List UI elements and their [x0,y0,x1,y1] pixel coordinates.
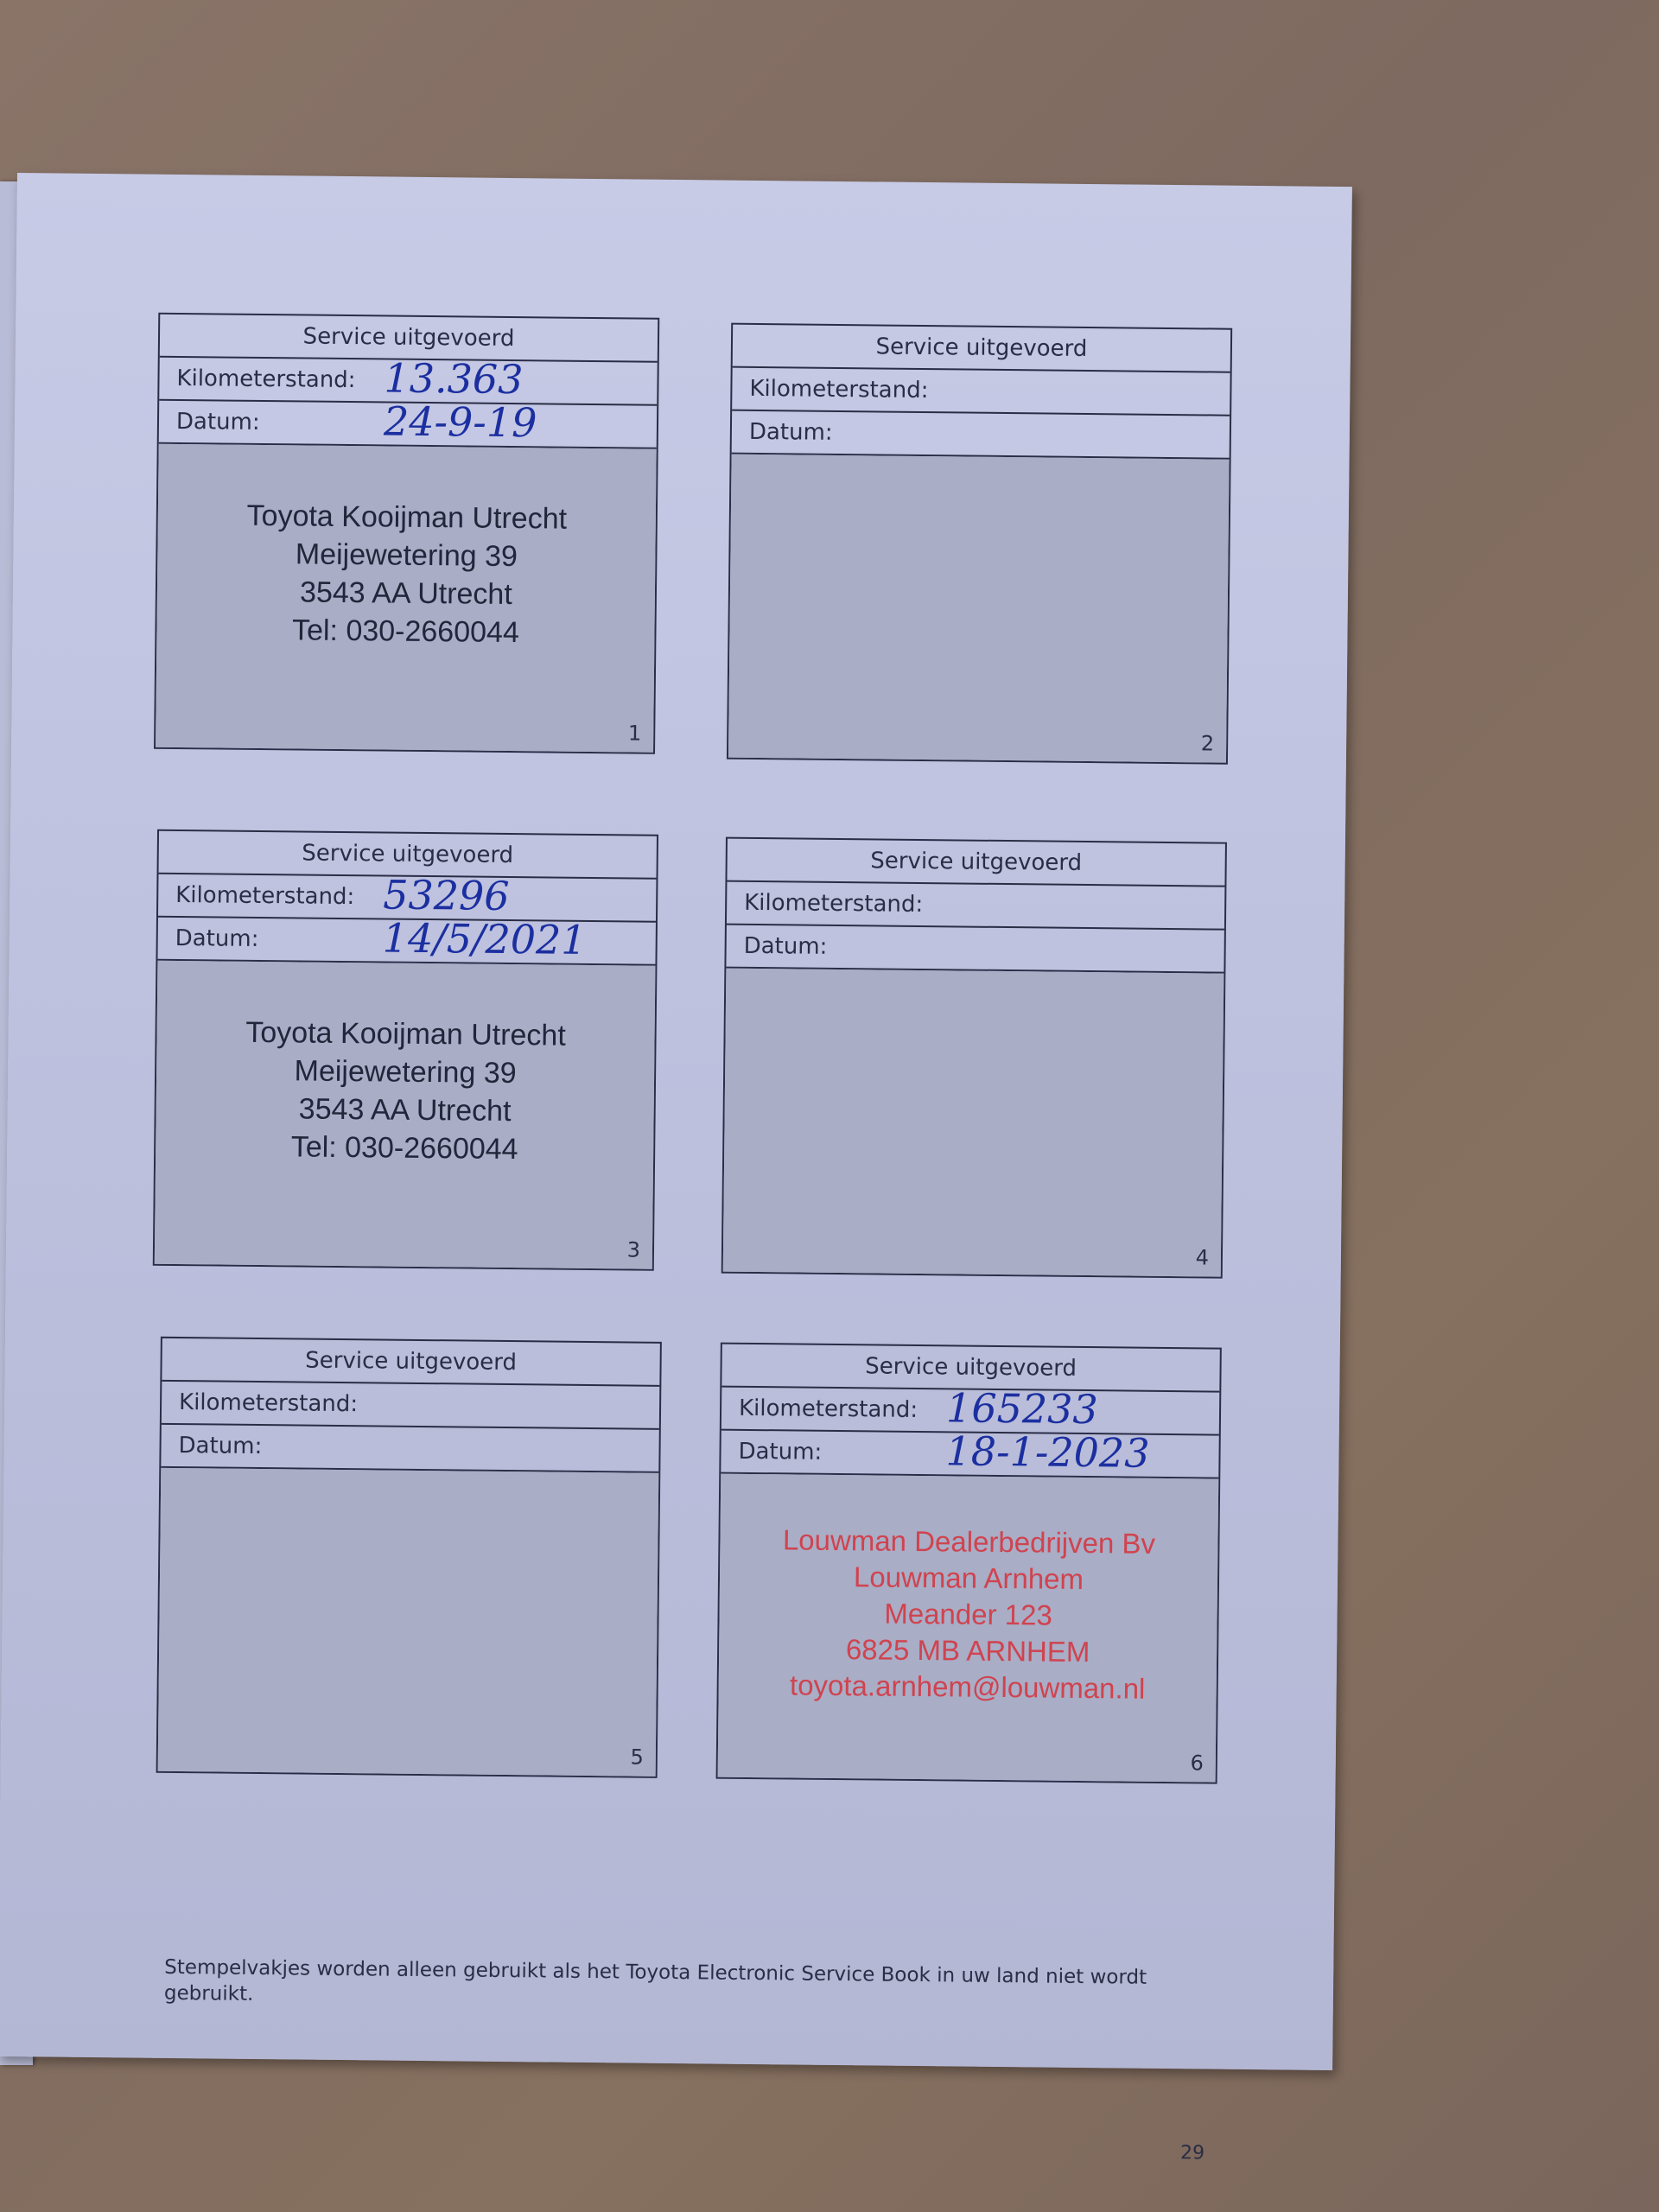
box-number: 4 [1196,1245,1210,1269]
stamp-area: 5 [158,1468,659,1777]
box-number: 5 [630,1745,644,1770]
box-title: Service uitgevoerd [162,1338,659,1387]
footer-note: Stempelvakjes worden alleen gebruikt als… [164,1955,1236,2018]
dealer-stamp [726,1020,1224,1026]
box-number: 1 [628,721,642,745]
stamp-area: 2 [728,454,1230,763]
date-value: 14/5/2021 [382,914,586,963]
box-number: 6 [1190,1751,1204,1775]
km-row: Kilometerstand: [162,1382,659,1430]
service-box-4: Service uitgevoerd Kilometerstand: Datum… [721,837,1227,1279]
stamp-area: Toyota Kooijman UtrechtMeijewetering 393… [155,961,656,1269]
service-box-3: Service uitgevoerd Kilometerstand:53296 … [153,829,658,1271]
stamp-area: Louwman Dealerbedrijven BvLouwman Arnhem… [718,1474,1219,1783]
box-title: Service uitgevoerd [727,839,1224,887]
service-box-1: Service uitgevoerd Kilometerstand:13.363… [154,313,659,754]
date-row: Datum: [726,925,1224,974]
km-row: Kilometerstand: [732,368,1230,416]
dealer-stamp [731,506,1229,512]
dealer-stamp: Toyota Kooijman UtrechtMeijewetering 393… [156,496,656,653]
date-row: Datum: [161,1425,658,1473]
date-value: 24-9-19 [384,397,537,446]
service-box-6: Service uitgevoerd Kilometerstand:165233… [716,1343,1222,1784]
box-title: Service uitgevoerd [733,325,1230,373]
date-row: Datum:14/5/2021 [157,918,655,966]
stamp-area: 4 [723,969,1224,1277]
date-row: Datum:18-1-2023 [721,1431,1218,1479]
km-row: Kilometerstand: [727,882,1224,931]
date-value: 18-1-2023 [945,1427,1150,1476]
page-number: 29 [1180,2142,1205,2164]
date-row: Datum:24-9-19 [159,401,657,449]
dealer-stamp: Toyota Kooijman UtrechtMeijewetering 393… [156,1013,655,1170]
service-box-5: Service uitgevoerd Kilometerstand: Datum… [156,1337,662,1778]
km-value: 53296 [383,871,510,919]
km-value: 165233 [946,1384,1098,1433]
dealer-stamp: Louwman Dealerbedrijven BvLouwman Arnhem… [719,1522,1218,1708]
box-number: 2 [1201,731,1215,755]
date-row: Datum: [732,411,1230,460]
box-number: 3 [627,1237,641,1262]
service-box-2: Service uitgevoerd Kilometerstand: Datum… [727,323,1232,765]
dealer-stamp [161,1520,658,1525]
km-value: 13.363 [384,354,524,403]
stamp-area: Toyota Kooijman UtrechtMeijewetering 393… [156,444,657,753]
service-book-page: Service uitgevoerd Kilometerstand:13.363… [0,173,1352,2070]
